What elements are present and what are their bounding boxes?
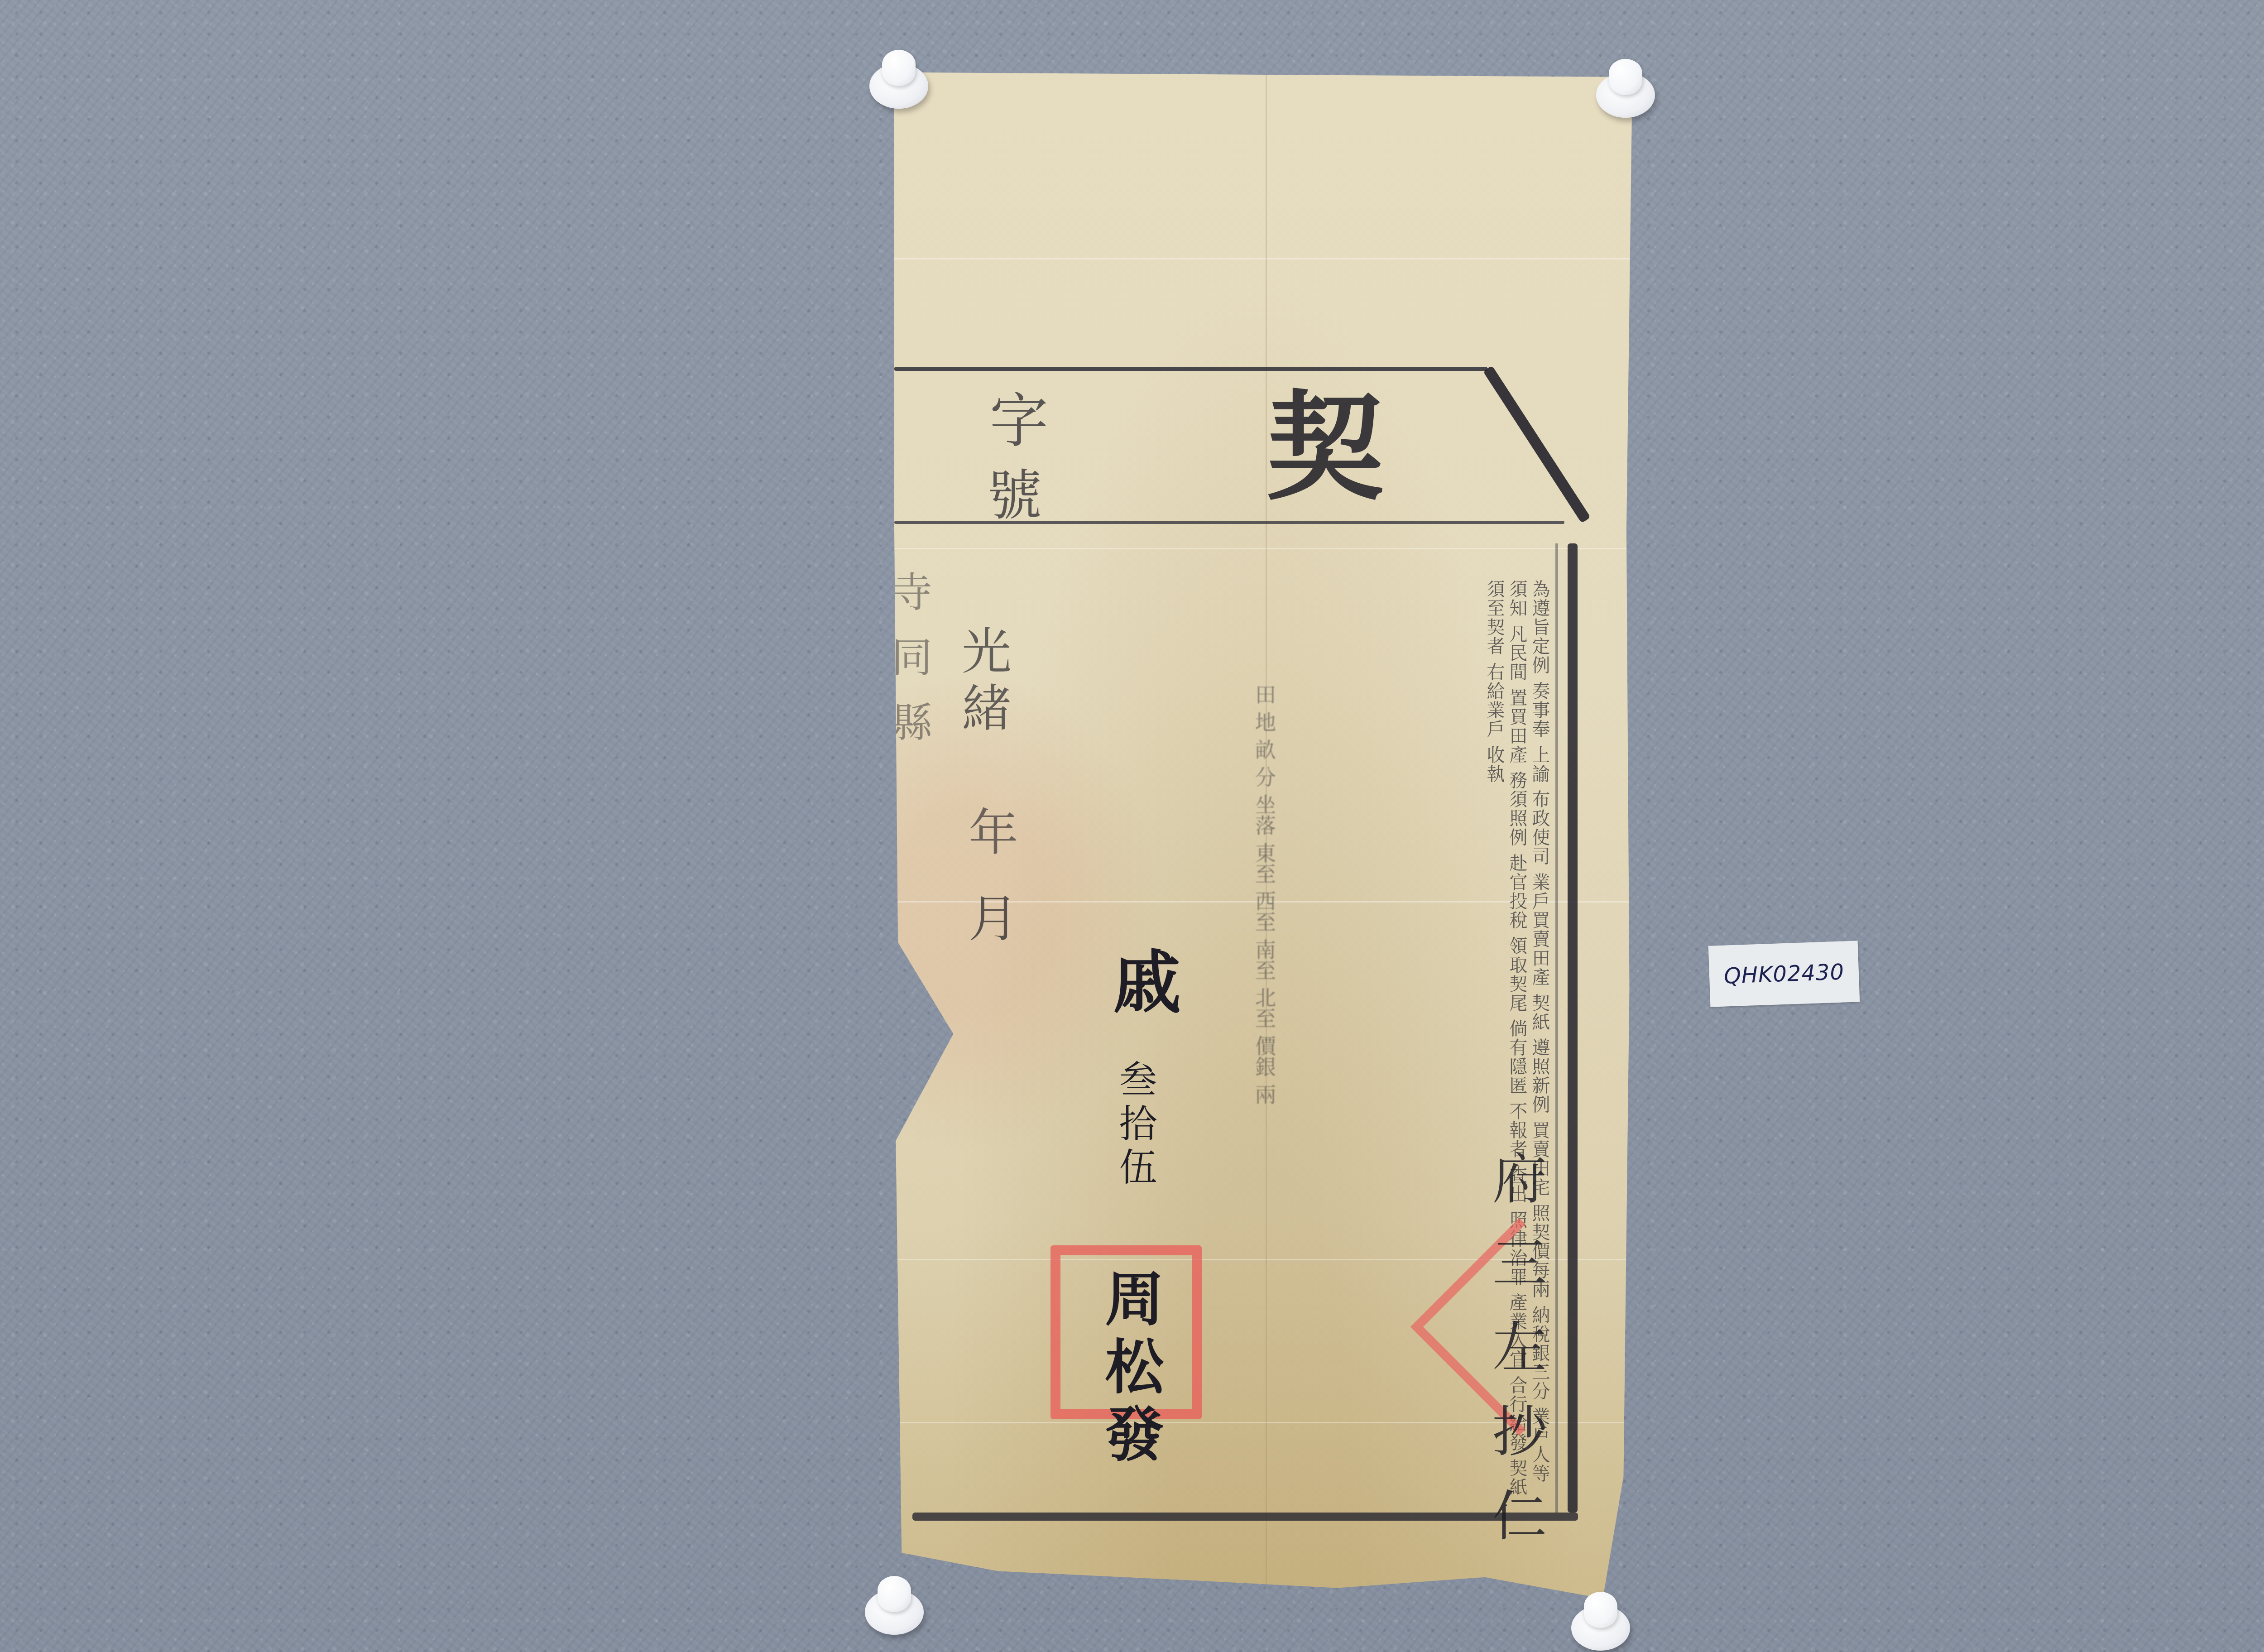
pin-top-right (1596, 59, 1655, 118)
pin-top-left (869, 50, 928, 109)
land-deed-document: 契 字 號 寺同縣 光緒 年 月 田 地 畝 分 坐落 東至 西至 南至 北至 … (894, 72, 1632, 1599)
seal-owner-name: 周松發 (1100, 1268, 1159, 1471)
buyer-character: 戚 (1107, 946, 1175, 1025)
paper-crease (894, 258, 1632, 259)
date-month-label: 月 (964, 892, 1014, 950)
paper-crease (894, 548, 1632, 549)
left-edge-text: 寺同縣 (887, 571, 928, 766)
number-label-hao: 號 (983, 466, 1037, 529)
catalog-number: QHK02430 (1723, 959, 1845, 989)
printed-border-corner (1483, 365, 1591, 523)
price-amount: 叁拾伍 (1116, 1060, 1154, 1191)
catalog-number-label: QHK02430 (1708, 941, 1860, 1007)
deed-title: 契 (1257, 385, 1374, 520)
date-year-label: 年 (964, 806, 1014, 864)
pin-bottom-left (865, 1576, 924, 1635)
number-label-zi: 字 (985, 389, 1044, 457)
printed-border-top (894, 367, 1487, 371)
era-name: 光緒 (958, 625, 1007, 740)
right-margin-handwriting: 府三左抄仁 (1487, 1150, 1542, 1571)
pin-bottom-right (1571, 1592, 1630, 1651)
